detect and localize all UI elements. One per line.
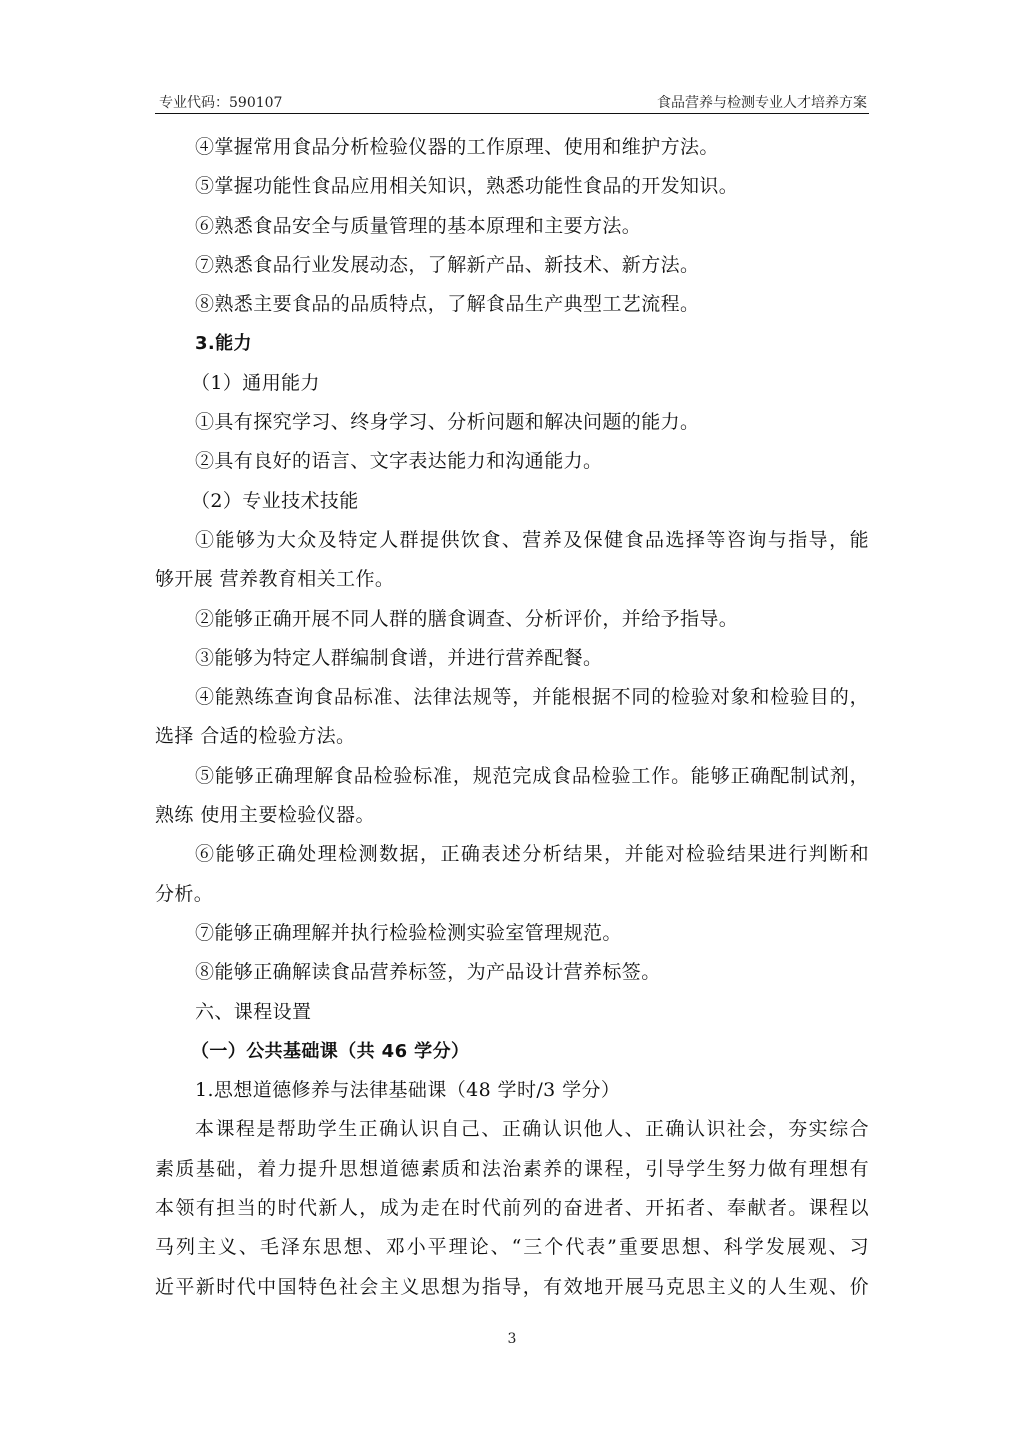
document-title: 食品营养与检测专业人才培养方案 bbox=[657, 92, 867, 112]
course-paragraph-line: 近平新时代中国特色社会主义思想为指导，有效地开展马克思主义的人生观、价 bbox=[155, 1268, 869, 1307]
professional-skill-item-continued: 分析。 bbox=[155, 875, 869, 914]
general-ability-heading: （1）通用能力 bbox=[155, 364, 869, 403]
general-ability-item: ①具有探究学习、终身学习、分析问题和解决问题的能力。 bbox=[155, 403, 869, 442]
header-divider bbox=[155, 113, 869, 114]
major-code: 专业代码：590107 bbox=[159, 92, 282, 112]
professional-skill-heading: （2）专业技术技能 bbox=[155, 482, 869, 521]
professional-skill-item: ⑤能够正确理解食品检验标准，规范完成食品检验工作。能够正确配制试剂， bbox=[155, 757, 869, 796]
general-ability-item: ②具有良好的语言、文字表达能力和沟通能力。 bbox=[155, 442, 869, 481]
section-heading-courses: 六、课程设置 bbox=[155, 993, 869, 1032]
knowledge-item: ⑤掌握功能性食品应用相关知识，熟悉功能性食品的开发知识。 bbox=[155, 167, 869, 206]
document-body: ④掌握常用食品分析检验仪器的工作原理、使用和维护方法。 ⑤掌握功能性食品应用相关… bbox=[155, 128, 869, 1307]
course-paragraph-line: 马列主义、毛泽东思想、邓小平理论、“三个代表”重要思想、科学发展观、习 bbox=[155, 1228, 869, 1267]
professional-skill-item: ①能够为大众及特定人群提供饮食、营养及保健食品选择等咨询与指导，能 bbox=[155, 521, 869, 560]
professional-skill-item: ②能够正确开展不同人群的膳食调查、分析评价，并给予指导。 bbox=[155, 600, 869, 639]
knowledge-item: ⑦熟悉食品行业发展动态，了解新产品、新技术、新方法。 bbox=[155, 246, 869, 285]
professional-skill-item-continued: 够开展 营养教育相关工作。 bbox=[155, 560, 869, 599]
course-paragraph-line: 本领有担当的时代新人，成为走在时代前列的奋进者、开拓者、奉献者。课程以 bbox=[155, 1189, 869, 1228]
knowledge-item: ⑧熟悉主要食品的品质特点，了解食品生产典型工艺流程。 bbox=[155, 285, 869, 324]
professional-skill-item: ⑦能够正确理解并执行检验检测实验室管理规范。 bbox=[155, 914, 869, 953]
professional-skill-item: ④能熟练查询食品标准、法律法规等，并能根据不同的检验对象和检验目的， bbox=[155, 678, 869, 717]
subsection-heading-public-courses: （一）公共基础课（共 46 学分） bbox=[155, 1032, 869, 1071]
professional-skill-item: ⑧能够正确解读食品营养标签，为产品设计营养标签。 bbox=[155, 953, 869, 992]
course-paragraph-line: 素质基础，着力提升思想道德素质和法治素养的课程，引导学生努力做有理想有 bbox=[155, 1150, 869, 1189]
professional-skill-item: ③能够为特定人群编制食谱，并进行营养配餐。 bbox=[155, 639, 869, 678]
knowledge-item: ④掌握常用食品分析检验仪器的工作原理、使用和维护方法。 bbox=[155, 128, 869, 167]
course-title: 1.思想道德修养与法律基础课（48 学时/3 学分） bbox=[155, 1071, 869, 1110]
professional-skill-item-continued: 选择 合适的检验方法。 bbox=[155, 717, 869, 756]
page-number: 3 bbox=[0, 1331, 1024, 1347]
course-paragraph-line: 本课程是帮助学生正确认识自己、正确认识他人、正确认识社会，夯实综合 bbox=[155, 1110, 869, 1149]
ability-heading: 3.能力 bbox=[155, 324, 869, 363]
knowledge-item: ⑥熟悉食品安全与质量管理的基本原理和主要方法。 bbox=[155, 207, 869, 246]
page-header: 专业代码：590107 食品营养与检测专业人才培养方案 bbox=[155, 92, 869, 114]
professional-skill-item-continued: 熟练 使用主要检验仪器。 bbox=[155, 796, 869, 835]
professional-skill-item: ⑥能够正确处理检测数据，正确表述分析结果，并能对检验结果进行判断和 bbox=[155, 835, 869, 874]
